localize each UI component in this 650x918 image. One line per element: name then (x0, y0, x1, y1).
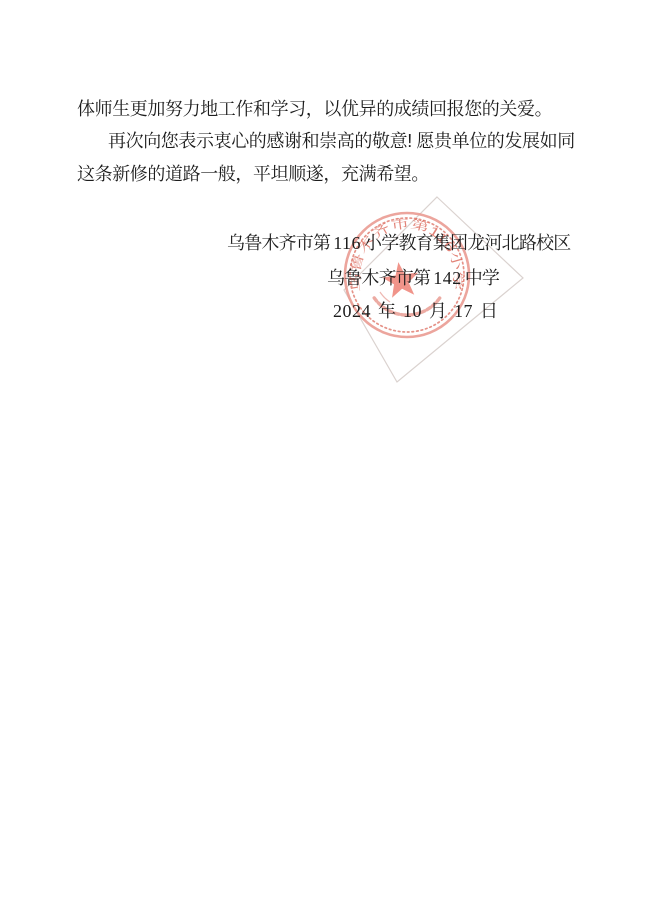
signature-school-secondary: 乌鲁木齐市第142中学 (327, 267, 499, 289)
date-day: 17 (454, 301, 473, 321)
letter-text-layer: 体师生更加努力地工作和学习，以优异的成绩回报您的关爱。 再次向您表示衷心的感谢和… (0, 0, 650, 918)
letter-page: 乌鲁木齐市第116小学 体师生更加努力地工作和学习，以优异的成绩回报您的关爱。 … (0, 0, 650, 918)
school-number: 116 (330, 233, 364, 253)
signature-school-secondary-suffix: 中学 (465, 268, 499, 288)
school-number: 142 (430, 268, 465, 288)
signature-school-secondary-prefix: 乌鲁木齐市第 (327, 268, 430, 288)
body-line: 体师生更加努力地工作和学习，以优异的成绩回报您的关爱。 (77, 98, 552, 120)
signature-school-primary: 乌鲁木齐市第116小学教育集团龙河北路校区 (227, 232, 570, 254)
date-month-unit: 月 (429, 301, 447, 321)
signature-date: 2024年10月17日 (333, 300, 498, 322)
body-line: 再次向您表示衷心的感谢和崇高的敬意! 愿贵单位的发展如同 (108, 130, 575, 152)
date-month: 10 (403, 301, 422, 321)
signature-school-primary-suffix: 小学教育集团龙河北路校区 (364, 233, 570, 253)
signature-school-primary-prefix: 乌鲁木齐市第 (227, 233, 330, 253)
date-year: 2024 (333, 301, 371, 321)
body-line: 这条新修的道路一般，平坦顺遂，充满希望。 (77, 163, 429, 185)
date-year-unit: 年 (378, 301, 396, 321)
date-day-unit: 日 (480, 301, 498, 321)
